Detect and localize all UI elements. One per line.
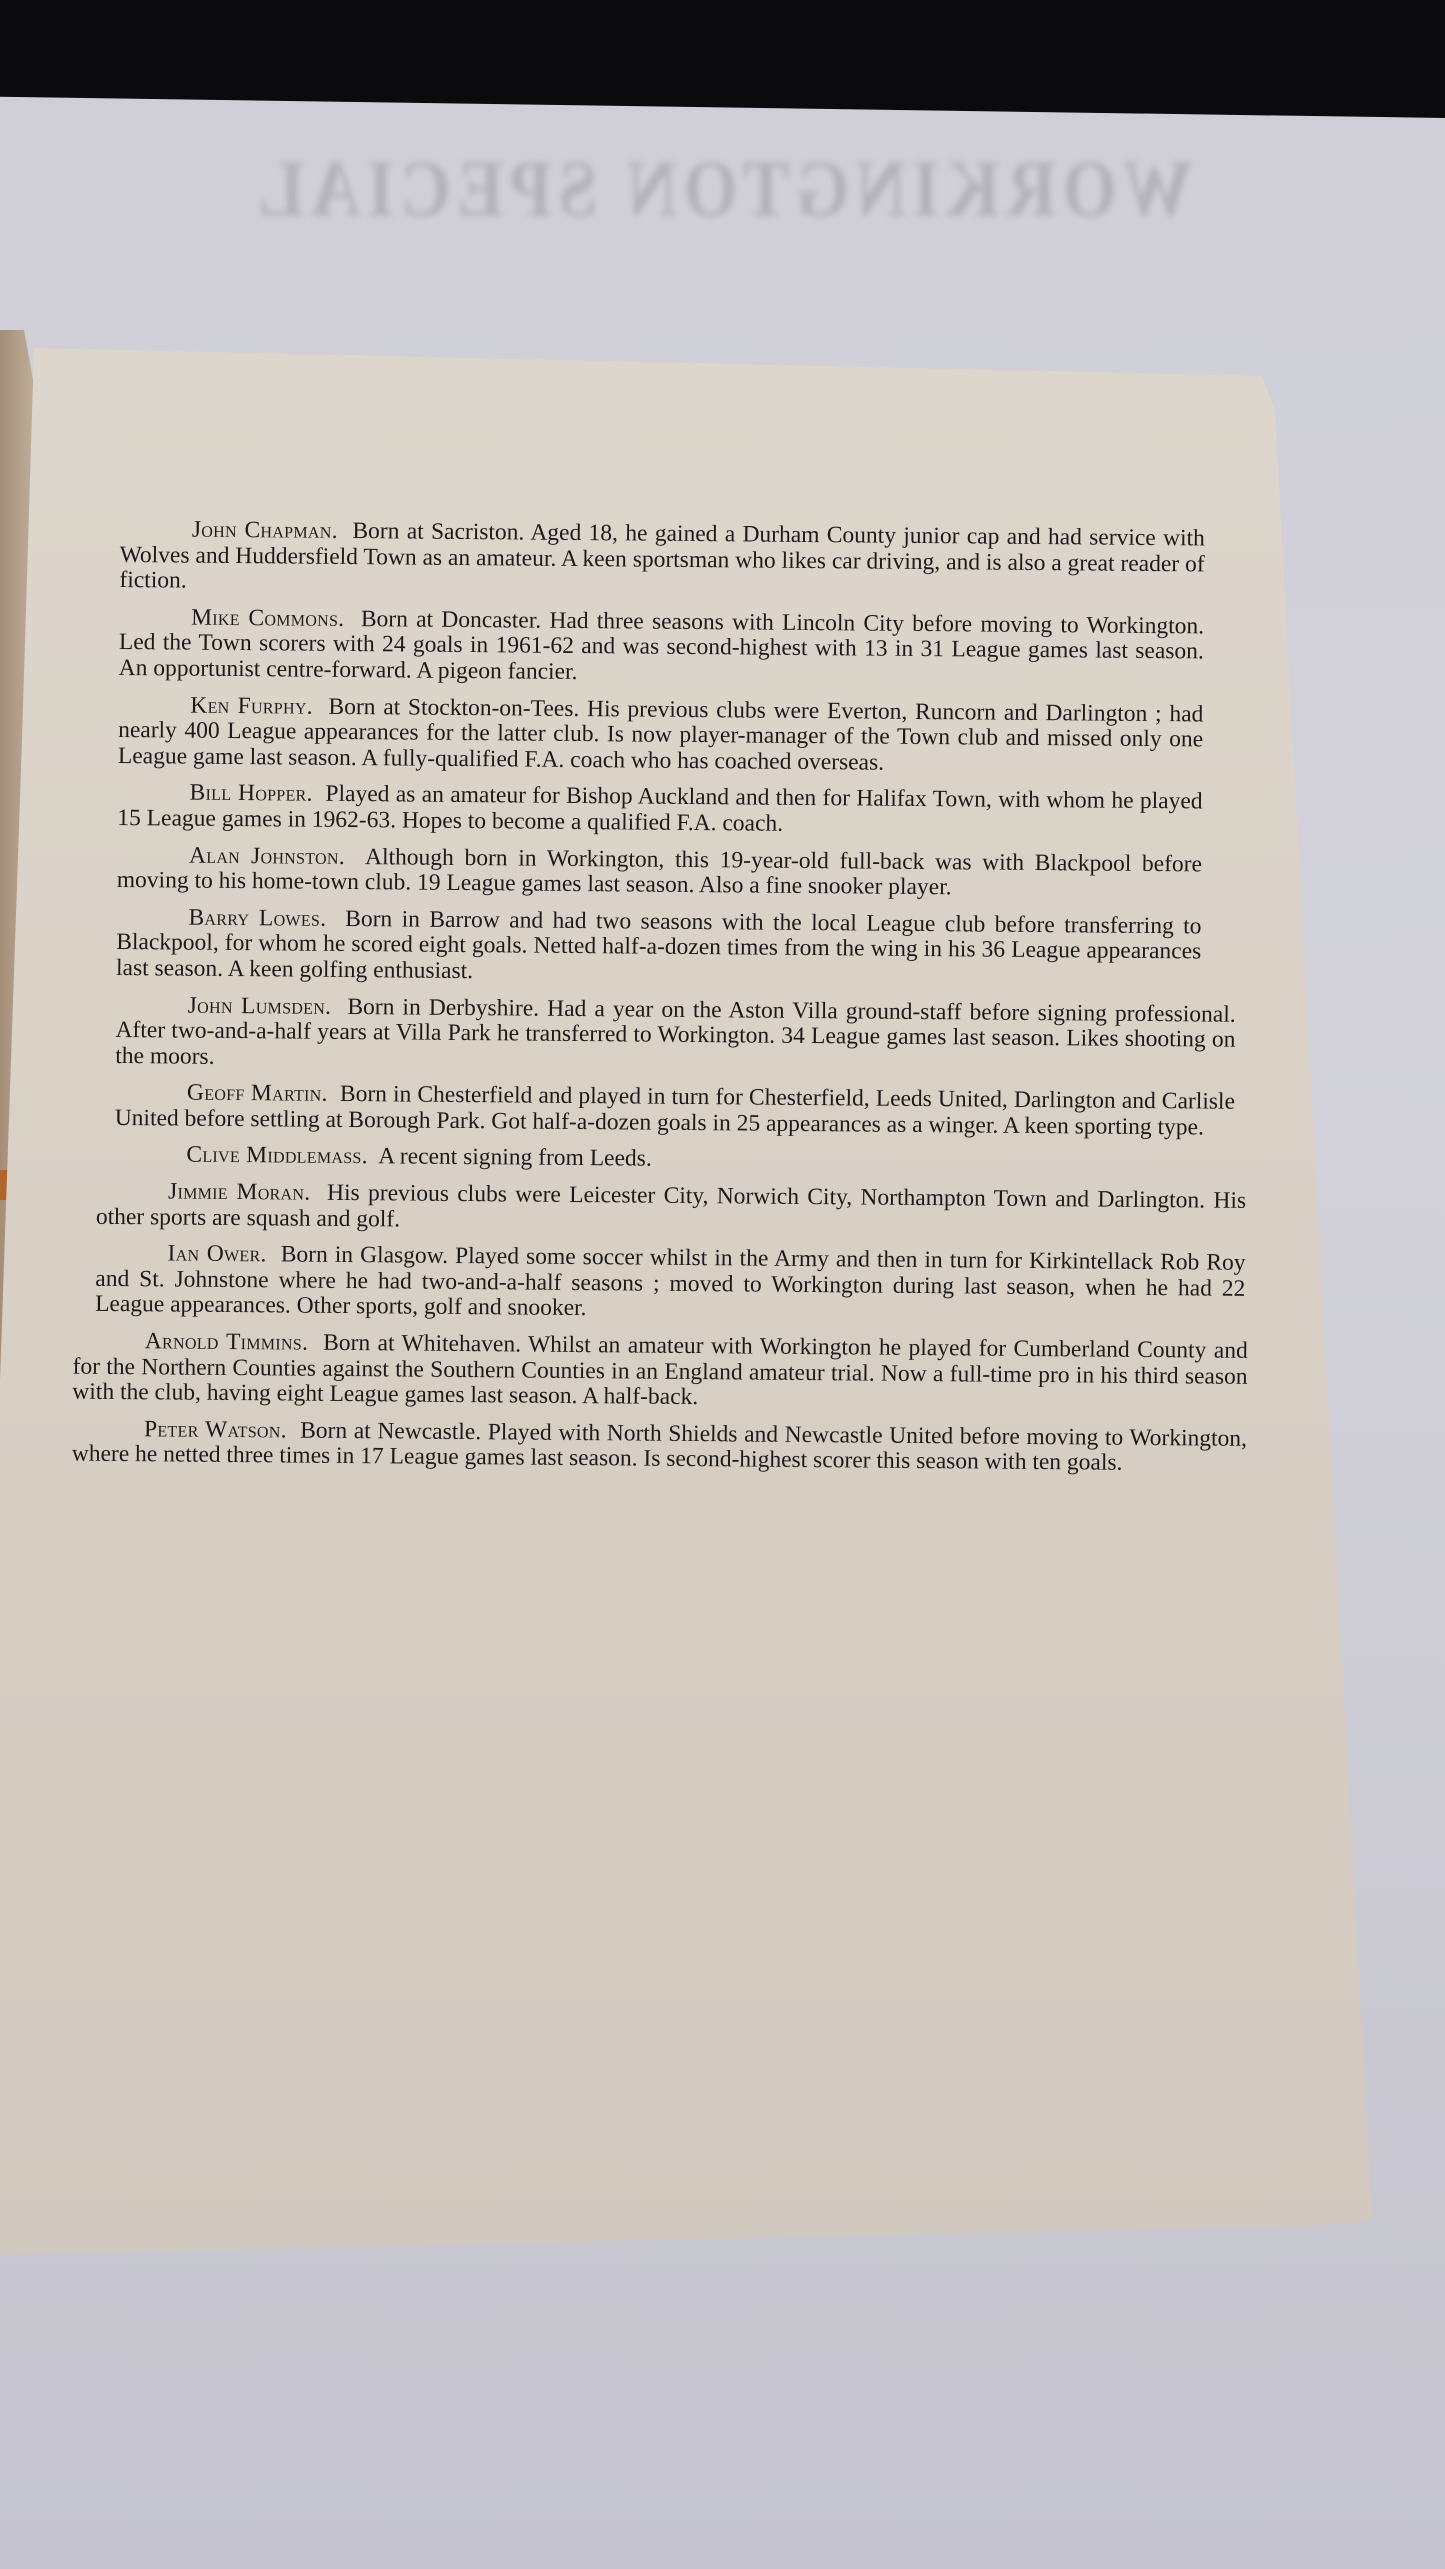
player-name: Peter Watson.	[144, 1416, 287, 1443]
player-name: John Chapman.	[192, 517, 338, 544]
profile-entry: Ian Ower. Born in Glasgow. Played some s…	[95, 1241, 1246, 1328]
profile-entry: Barry Lowes. Born in Barrow and had two …	[116, 905, 1202, 991]
profile-text: Born in Glasgow. Played some soccer whil…	[95, 1242, 1246, 1322]
profile-entry: John Lumsden. Born in Derbyshire. Had a …	[115, 992, 1236, 1079]
profile-entry: Alan Johnston. Although born in Workingt…	[117, 843, 1202, 904]
player-name: Arnold Timmins.	[145, 1328, 309, 1355]
profile-entry: Bill Hopper. Played as an amateur for Bi…	[117, 780, 1202, 841]
profile-text: A recent signing from Leeds.	[378, 1144, 652, 1172]
player-profiles: John Chapman. Born at Sacriston. Aged 18…	[112, 517, 1205, 1488]
profile-entry: Arnold Timmins. Born at Whitehaven. Whil…	[72, 1329, 1248, 1416]
profile-entry: Peter Watson. Born at Newcastle. Played …	[72, 1416, 1247, 1477]
profile-entry: Jimmie Moran. His previous clubs were Le…	[96, 1179, 1246, 1240]
player-name: Jimmie Moran.	[168, 1179, 311, 1206]
dark-background-band	[0, 0, 1445, 118]
player-name: Alan Johnston.	[189, 842, 345, 869]
player-name: Clive Middlemass.	[186, 1142, 368, 1170]
profile-entry: John Chapman. Born at Sacriston. Aged 18…	[119, 517, 1205, 603]
profile-entry: Geoff Martin. Born in Chesterfield and p…	[115, 1080, 1235, 1141]
player-name: Geoff Martin.	[187, 1080, 328, 1107]
player-name: Barry Lowes.	[188, 904, 326, 931]
profile-entry: Mike Commons. Born at Doncaster. Had thr…	[119, 605, 1205, 691]
player-name: Bill Hopper.	[189, 780, 312, 807]
profile-entry: Ken Furphy. Born at Stockton-on-Tees. Hi…	[118, 693, 1204, 779]
profile-entry: Clive Middlemass. A recent signing from …	[114, 1142, 1234, 1177]
player-name: Mike Commons.	[191, 604, 344, 631]
player-name: Ian Ower.	[167, 1241, 266, 1268]
bleed-through-heading: WORKINGTON SPECIAL	[0, 144, 1445, 236]
player-name: John Lumsden.	[188, 992, 332, 1019]
player-name: Ken Furphy.	[190, 692, 313, 719]
